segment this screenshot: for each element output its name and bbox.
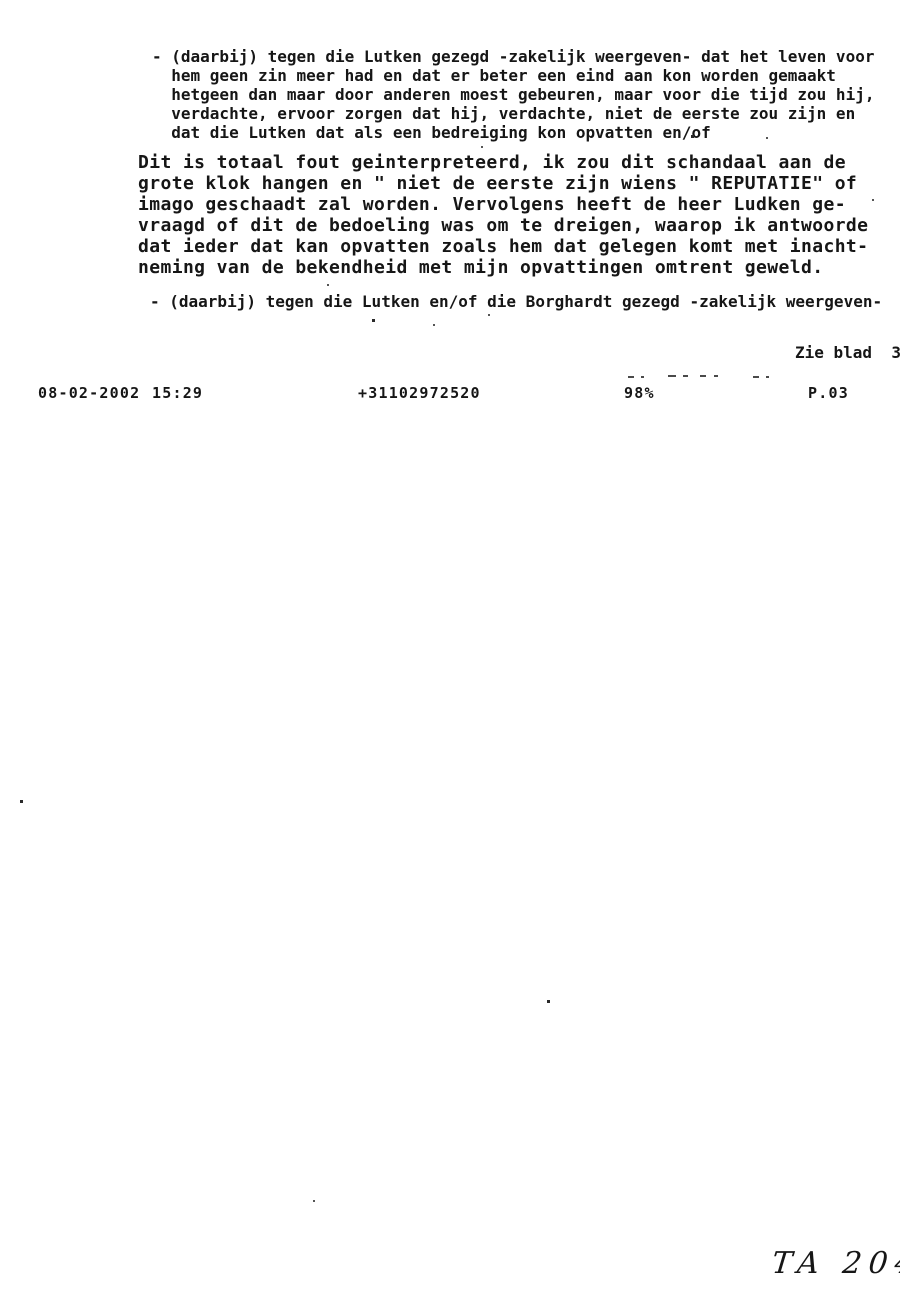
- scan-noise-speck: [327, 284, 329, 286]
- fax-number: +31102972520: [358, 384, 481, 402]
- fax-quality: 98%: [624, 384, 655, 402]
- handwritten-code: TA 204: [770, 1246, 900, 1281]
- scan-noise-speck: [433, 324, 435, 326]
- bullet-line-2: - (daarbij) tegen die Lutken en/of die B…: [150, 292, 882, 311]
- scan-noise-dash: [668, 375, 676, 377]
- scan-noise-speck: [313, 1200, 315, 1202]
- fax-date: 08-02-2002: [38, 384, 140, 402]
- scan-noise-dash: [753, 376, 759, 378]
- scan-noise-speck: [766, 137, 768, 139]
- fax-page: - (daarbij) tegen die Lutken gezegd -zak…: [0, 0, 900, 1297]
- fax-page-number: P.03: [808, 384, 849, 402]
- see-page-note: Zie blad 3: [795, 343, 900, 362]
- scan-noise-dash: [628, 376, 634, 378]
- bullet-paragraph-1: - (daarbij) tegen die Lutken gezegd -zak…: [152, 47, 874, 142]
- scan-noise-dash: [683, 375, 688, 377]
- scan-noise-speck: [372, 319, 375, 322]
- scan-noise-speck: [488, 314, 490, 316]
- scan-noise-speck: [20, 800, 23, 803]
- scan-noise-speck: [872, 199, 874, 201]
- fax-time: 15:29: [152, 384, 203, 402]
- scan-noise-dash: [700, 375, 706, 377]
- main-paragraph: Dit is totaal fout geinterpreteerd, ik z…: [138, 152, 868, 278]
- scan-noise-dash: [766, 376, 769, 378]
- scan-noise-dash: [714, 375, 718, 377]
- scan-noise-speck: [547, 1000, 550, 1003]
- scan-noise-dash: [641, 376, 644, 378]
- scan-noise-speck: [481, 146, 483, 148]
- scan-noise-speck: [691, 135, 694, 138]
